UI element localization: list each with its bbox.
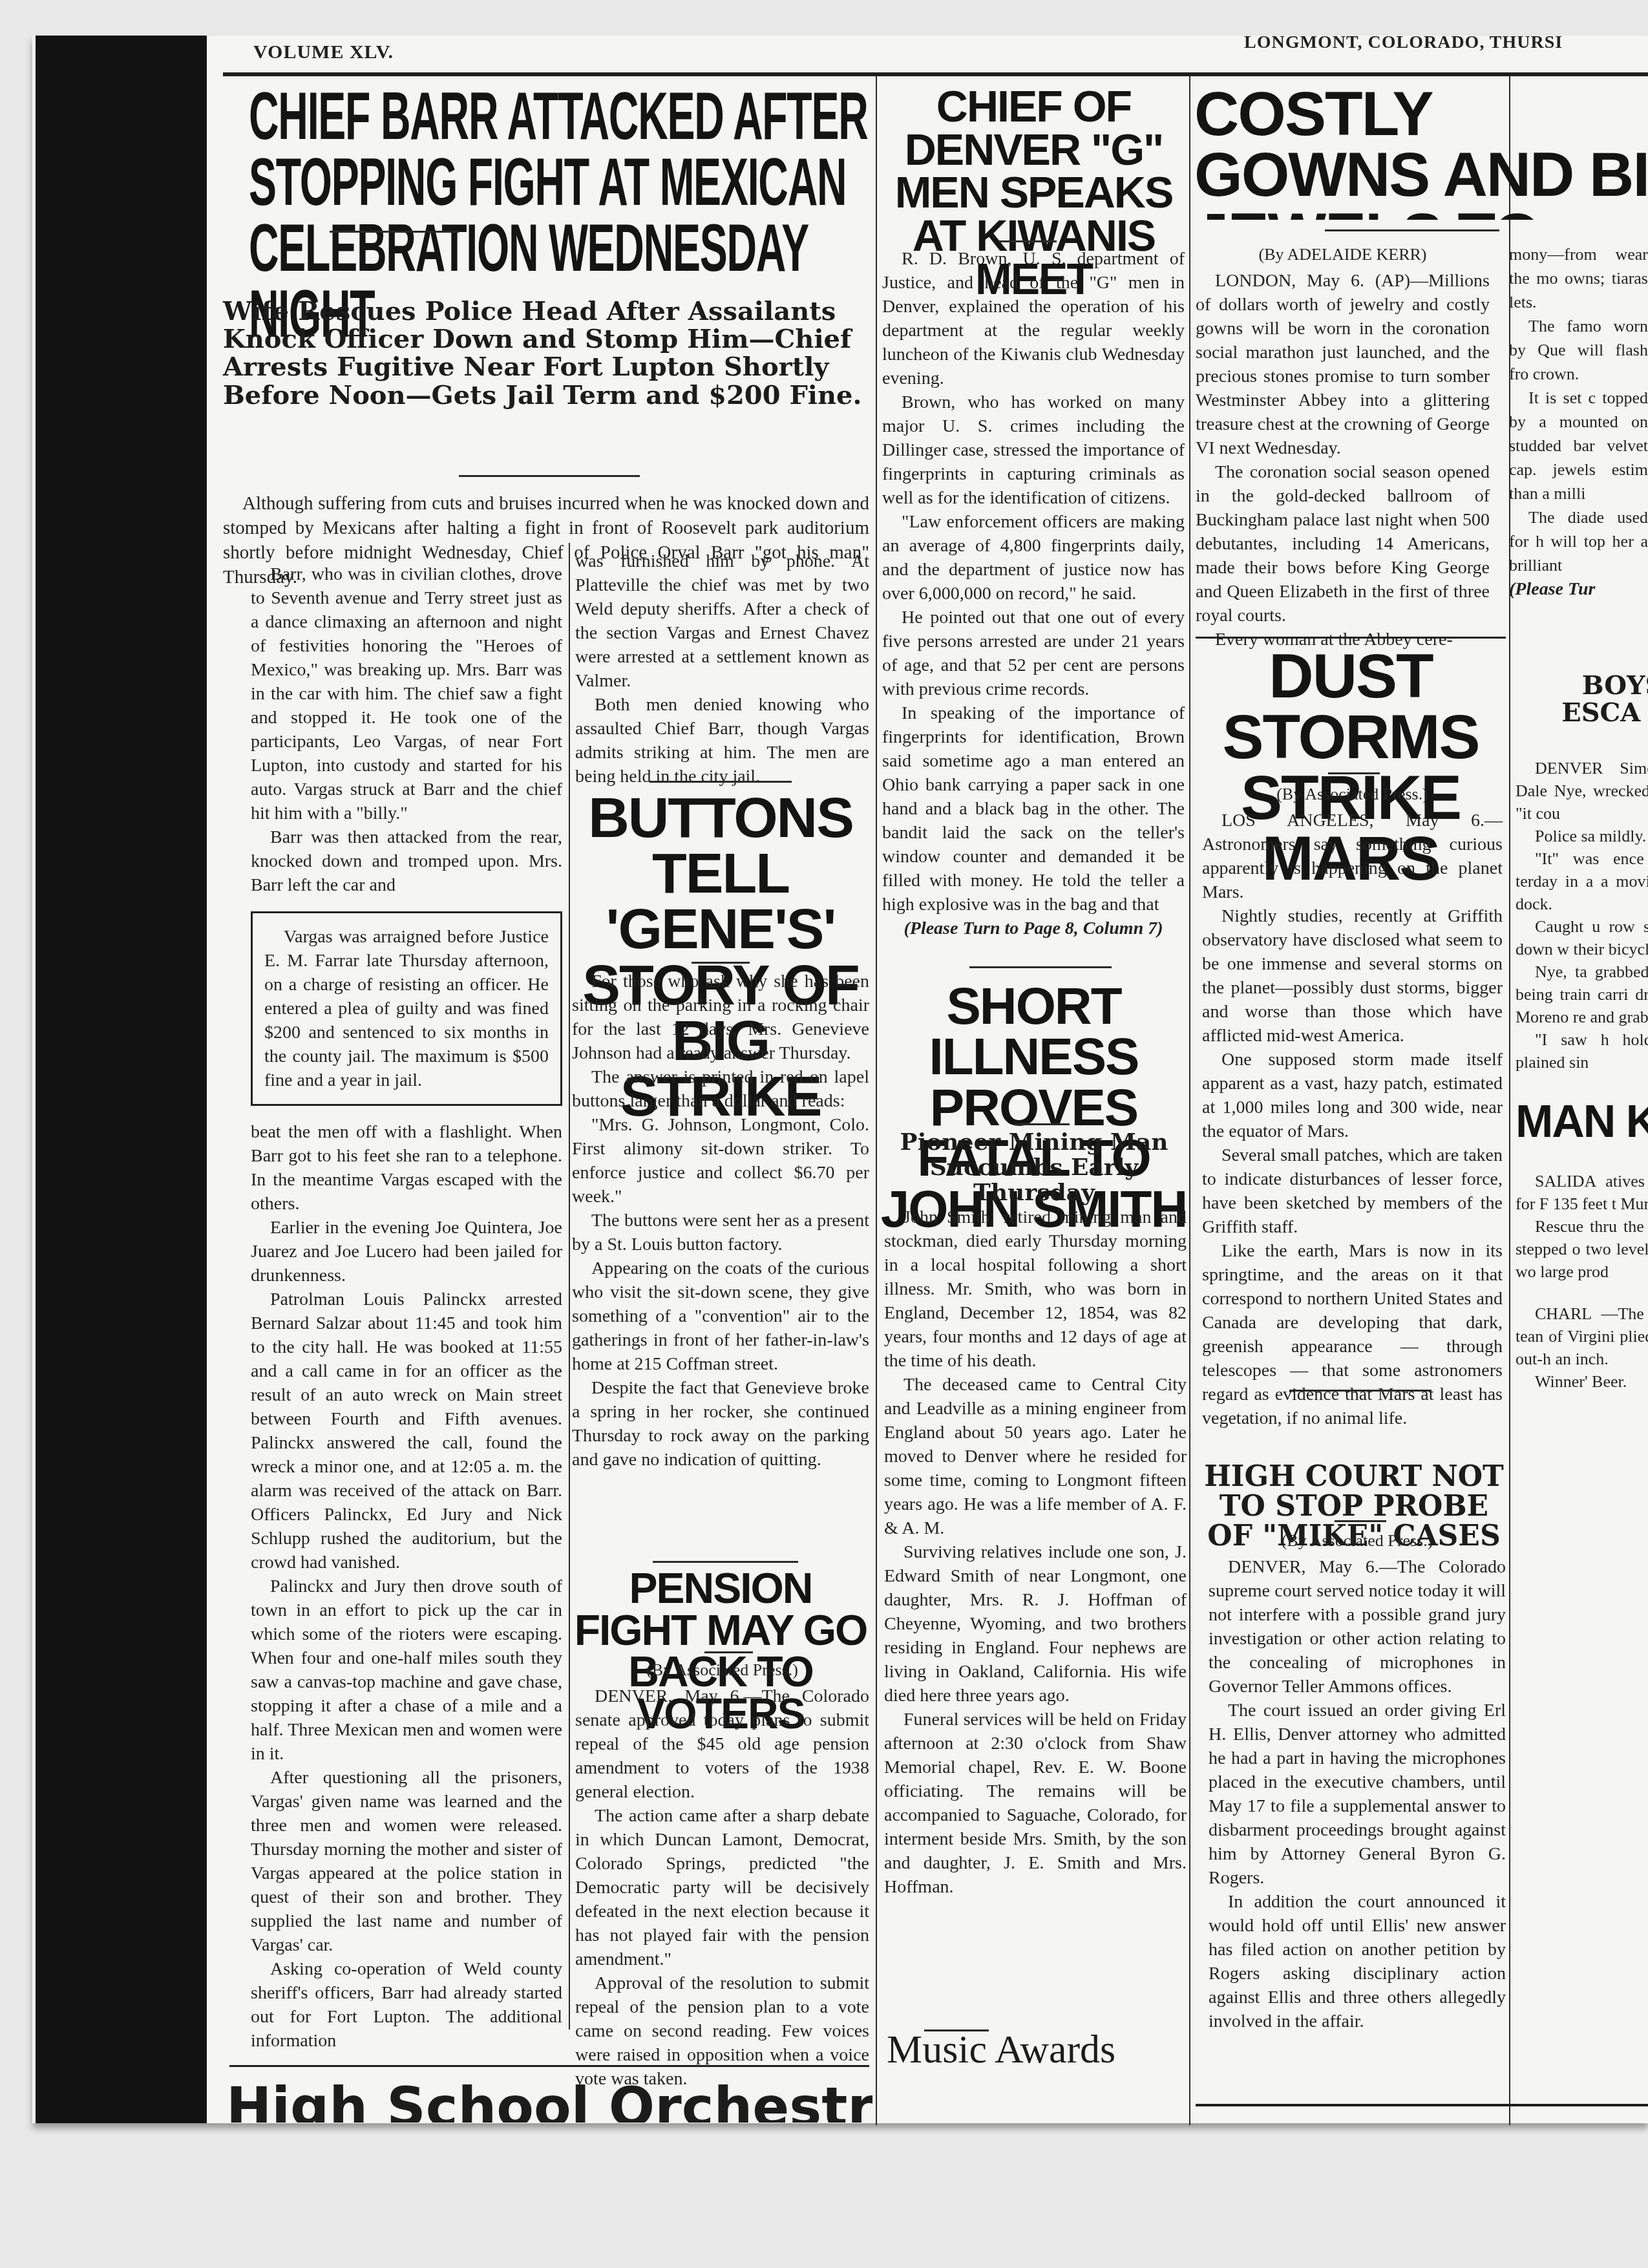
gowns-body: (By ADELAIDE KERR) LONDON, May 6. (AP)—M… bbox=[1196, 242, 1490, 652]
mars-body: (By Associated Press.) LOS ANGELES, May … bbox=[1202, 782, 1503, 1430]
divider bbox=[692, 962, 750, 964]
headline-man-k: MAN K bbox=[1516, 1099, 1648, 1144]
pension-body: (By Associated Press.) DENVER, May 6.—Th… bbox=[575, 1658, 869, 2091]
volume-label: VOLUME XLV. bbox=[253, 41, 394, 63]
orchestra-headline-clip: High School Orchestra bbox=[226, 2080, 872, 2123]
right-partial-column: BOYS N ESCA HU (By A DENVER Simon Mor Da… bbox=[1516, 672, 1648, 2120]
masthead-rule bbox=[223, 72, 1648, 76]
charles-body: CHARL —The U track tean of Virgini plied… bbox=[1516, 1302, 1648, 1393]
divider bbox=[969, 966, 1112, 968]
divider bbox=[1196, 2104, 1648, 2106]
divider bbox=[998, 240, 1057, 242]
column-rule bbox=[1189, 76, 1190, 2125]
headline-gowns: COSTLY GOWNS AND BI JEWELS TO FEATURE CO bbox=[1194, 84, 1648, 220]
divider bbox=[650, 781, 792, 783]
gowns-headline-clip: COSTLY GOWNS AND BI JEWELS TO FEATURE CO bbox=[1194, 84, 1648, 220]
headline-music-awards: Music Awards bbox=[887, 2030, 1115, 2070]
divider bbox=[330, 231, 459, 233]
scan-black-margin bbox=[36, 36, 207, 2123]
deck-smith: Pioneer Mining Man Succumbs Early Thursd… bbox=[882, 1130, 1186, 1205]
column-rule bbox=[876, 76, 877, 2125]
boys-body: (By A DENVER Simon Mor Dale Nye, wrecked… bbox=[1516, 732, 1648, 1074]
headline-boys: BOYS N ESCA HU bbox=[1516, 672, 1648, 726]
divider bbox=[1196, 637, 1506, 639]
jump-line-gmen: (Please Turn to Page 8, Column 7) bbox=[882, 917, 1185, 940]
divider bbox=[229, 2065, 869, 2067]
barr-column-1: Barr, who was in civilian clothes, drove… bbox=[251, 562, 562, 2107]
divider bbox=[1015, 1123, 1070, 1125]
headline-orchestra: High School Orchestra bbox=[226, 2080, 872, 2123]
divider bbox=[1289, 1390, 1431, 1392]
boxed-note: Vargas was arraigned before Justice E. M… bbox=[251, 911, 562, 1106]
salida-body: SALIDA atives pla day for F 135 feet t M… bbox=[1516, 1170, 1648, 1283]
divider bbox=[1325, 229, 1499, 231]
barr-column-2: was furnished him by phone. At Plattevil… bbox=[575, 549, 869, 789]
divider bbox=[1328, 772, 1380, 774]
jump-line-gowns: (Please Tur bbox=[1509, 577, 1648, 601]
divider bbox=[653, 1561, 798, 1563]
column-rule bbox=[569, 543, 570, 2030]
court-body: (By Associated Press.) DENVER, May 6.—Th… bbox=[1209, 1529, 1506, 2033]
divider bbox=[704, 1651, 753, 1653]
deck-barr: Wife Rescues Police Head After Assailant… bbox=[223, 297, 869, 409]
buttons-body: For those who ask why she has been sitti… bbox=[572, 970, 869, 1472]
divider bbox=[1335, 1520, 1386, 1522]
gowns-side-column: mony—from wear the mo owns; tiaras lets.… bbox=[1509, 242, 1648, 624]
dateline: LONGMONT, COLORADO, THURSI bbox=[1244, 32, 1645, 53]
divider bbox=[459, 475, 640, 477]
smith-body: John Smith, retired mining man and stock… bbox=[884, 1205, 1187, 1899]
gmen-body: R. D. Brown, U. S. department of Justice… bbox=[882, 247, 1185, 940]
